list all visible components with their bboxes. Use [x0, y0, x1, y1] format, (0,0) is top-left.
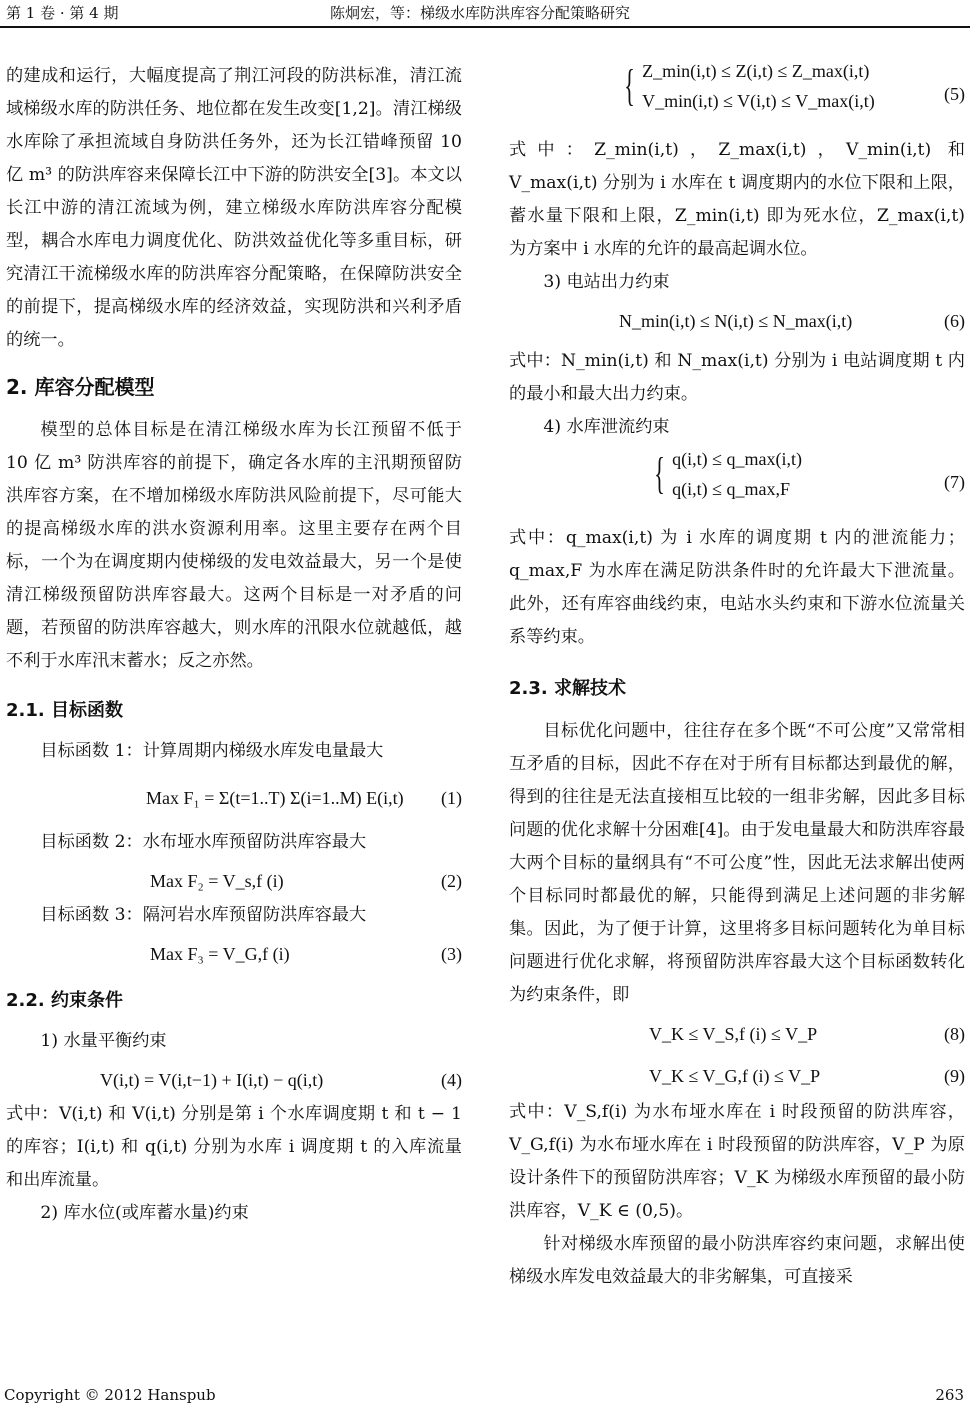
equation-7-line-2: q(i,t) ≤ q_max,F — [672, 474, 802, 504]
objective-1-label: 目标函数 1：计算周期内梯级水库发电量最大 — [6, 735, 462, 768]
equation-5-explanation: 式中：Z_min(i,t)，Z_max(i,t)，V_min(i,t) 和 V_… — [509, 134, 965, 266]
left-brace-icon: { — [624, 64, 635, 108]
equation-1: Max F₁ = Σ(t=1..T) Σ(i=1..M) E(i,t) (1) — [6, 768, 462, 826]
section-2-3-heading: 2.3. 求解技术 — [509, 672, 965, 705]
constraint-3-label: 3) 电站出力约束 — [509, 266, 965, 299]
constraint-1-label: 1) 水量平衡约束 — [6, 1025, 462, 1058]
equation-5: { Z_min(i,t) ≤ Z(i,t) ≤ Z_max(i,t) V_min… — [509, 56, 965, 126]
right-column: { Z_min(i,t) ≤ Z(i,t) ≤ Z_max(i,t) V_min… — [509, 56, 965, 1294]
equation-4-number: (4) — [441, 1064, 462, 1097]
equation-8-number: (8) — [944, 1018, 965, 1051]
equation-1-body: Max F₁ = Σ(t=1..T) Σ(i=1..M) E(i,t) — [146, 782, 404, 815]
equation-9-body: V_K ≤ V_G,f (i) ≤ V_P — [649, 1060, 820, 1093]
left-column: 的建成和运行，大幅度提高了荆江河段的防洪标准，清江流域梯级水库的防洪任务、地位都… — [6, 60, 462, 1230]
equation-6-body: N_min(i,t) ≤ N(i,t) ≤ N_max(i,t) — [619, 305, 852, 338]
equation-9-explanation: 式中：V_S,f(i) 为水布垭水库在 i 时段预留的防洪库容，V_G,f(i)… — [509, 1096, 965, 1228]
equation-6: N_min(i,t) ≤ N(i,t) ≤ N_max(i,t) (6) — [509, 299, 965, 345]
equation-2-number: (2) — [441, 865, 462, 898]
equation-9-number: (9) — [944, 1060, 965, 1093]
equation-8-body: V_K ≤ V_S,f (i) ≤ V_P — [649, 1018, 817, 1051]
final-paragraph: 针对梯级水库预留的最小防洪库容约束问题，求解出使梯级水库发电效益最大的非劣解集，… — [509, 1228, 965, 1294]
left-brace-icon: { — [654, 452, 665, 496]
equation-4-explanation: 式中：V(i,t) 和 V(i,t) 分别是第 i 个水库调度期 t 和 t −… — [6, 1098, 462, 1197]
equation-4-body: V(i,t) = V(i,t−1) + I(i,t) − q(i,t) — [100, 1064, 323, 1097]
equation-3-body: Max F₃ = V_G,f (i) — [150, 938, 290, 971]
objective-2-label: 目标函数 2：水布垭水库预留防洪库容最大 — [6, 826, 462, 859]
equation-2-body: Max F₂ = V_s,f (i) — [150, 865, 284, 898]
equation-1-number: (1) — [441, 782, 462, 815]
equation-8: V_K ≤ V_S,f (i) ≤ V_P (8) — [509, 1012, 965, 1054]
equation-6-number: (6) — [944, 305, 965, 338]
equation-5-number: (5) — [944, 78, 965, 111]
equation-7-explanation: 式中：q_max(i,t) 为 i 水库的调度期 t 内的泄流能力；q_max,… — [509, 522, 965, 654]
constraint-2-label: 2) 库水位(或库蓄水量)约束 — [6, 1197, 462, 1230]
section-2-1-heading: 2.1. 目标函数 — [6, 694, 462, 727]
page-number: 263 — [935, 1386, 964, 1404]
equation-5-line-1: Z_min(i,t) ≤ Z(i,t) ≤ Z_max(i,t) — [642, 56, 875, 86]
constraint-4-label: 4) 水库泄流约束 — [509, 411, 965, 444]
intro-paragraph: 的建成和运行，大幅度提高了荆江河段的防洪标准，清江流域梯级水库的防洪任务、地位都… — [6, 60, 462, 357]
equation-7-number: (7) — [944, 466, 965, 499]
section-2-3-paragraph: 目标优化问题中，往往存在多个既“不可公度”又常常相互矛盾的目标，因此不存在对于所… — [509, 715, 965, 1012]
equation-9: V_K ≤ V_G,f (i) ≤ V_P (9) — [509, 1054, 965, 1096]
objective-3-label: 目标函数 3：隔河岩水库预留防洪库容最大 — [6, 899, 462, 932]
copyright-notice: Copyright © 2012 Hanspub — [4, 1386, 216, 1404]
section-2-paragraph: 模型的总体目标是在清江梯级水库为长江预留不低于 10 亿 m³ 防洪库容的前提下… — [6, 414, 462, 678]
equation-2: Max F₂ = V_s,f (i) (2) — [6, 859, 462, 899]
section-2-heading: 2. 库容分配模型 — [6, 371, 462, 404]
equation-3: Max F₃ = V_G,f (i) (3) — [6, 932, 462, 972]
equation-7: { q(i,t) ≤ q_max(i,t) q(i,t) ≤ q_max,F (… — [509, 444, 965, 514]
equation-7-line-1: q(i,t) ≤ q_max(i,t) — [672, 444, 802, 474]
equation-5-line-2: V_min(i,t) ≤ V(i,t) ≤ V_max(i,t) — [642, 86, 875, 116]
page-header: 第 1 卷 · 第 4 期 陈炯宏，等：梯级水库防洪库容分配策略研究 — [0, 0, 970, 28]
journal-volume-issue: 第 1 卷 · 第 4 期 — [6, 2, 118, 23]
equation-6-explanation: 式中：N_min(i,t) 和 N_max(i,t) 分别为 i 电站调度期 t… — [509, 345, 965, 411]
equation-3-number: (3) — [441, 938, 462, 971]
equation-4: V(i,t) = V(i,t−1) + I(i,t) − q(i,t) (4) — [6, 1058, 462, 1098]
running-title: 陈炯宏，等：梯级水库防洪库容分配策略研究 — [330, 2, 630, 23]
section-2-2-heading: 2.2. 约束条件 — [6, 984, 462, 1017]
